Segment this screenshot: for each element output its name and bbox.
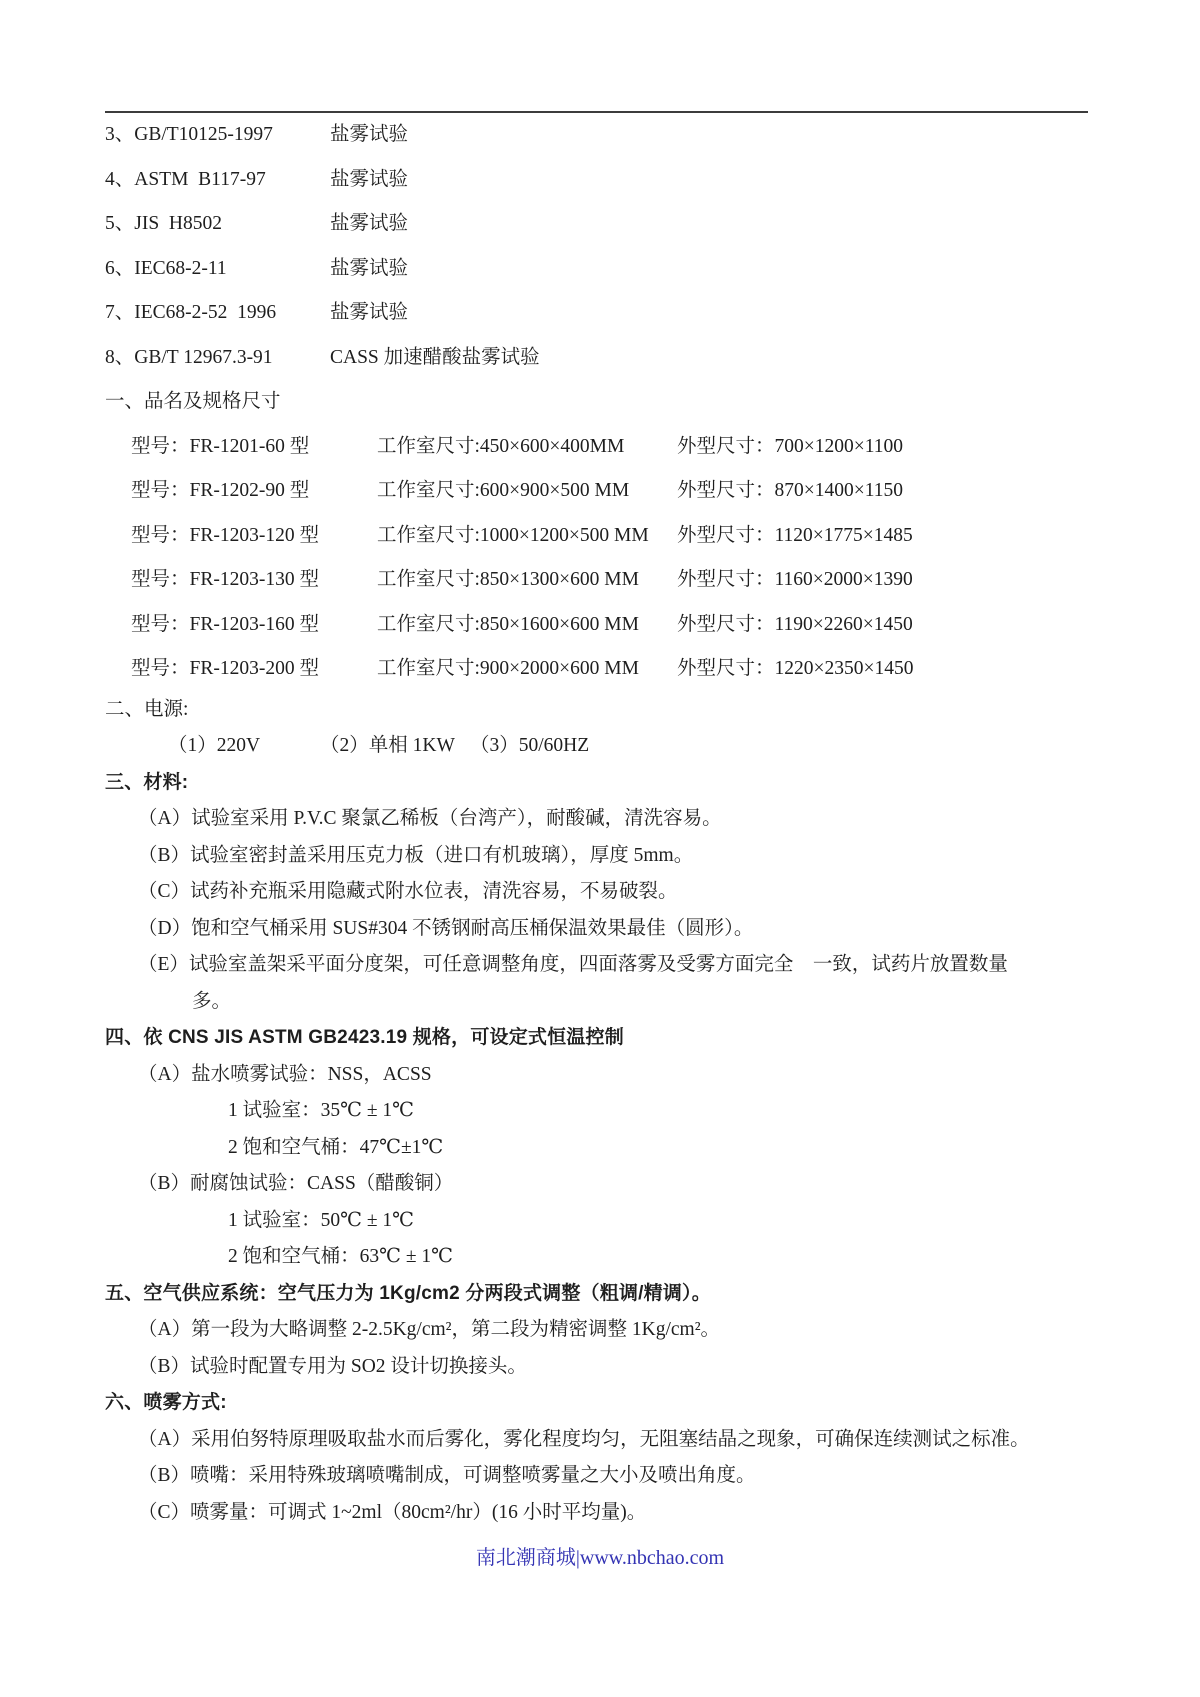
model-number: 型号：FR-1203-160 型 [131,603,377,648]
cass-test-item: （B）耐腐蚀试验：CASS（醋酸铜） [105,1166,1088,1203]
standard-row: 5、JIS H8502盐雾试验 [105,202,1088,247]
model-spec-row: 型号：FR-1202-90 型工作室尺寸:600×900×500 MM外型尺寸：… [105,469,1088,514]
document-content: 3、GB/T10125-1997盐雾试验 4、ASTM B117-97盐雾试验 … [105,111,1088,1531]
model-number: 型号：FR-1202-90 型 [131,469,377,514]
chamber-size: 工作室尺寸:850×1600×600 MM [377,603,677,648]
power-voltage: （1）220V [168,728,320,765]
model-number: 型号：FR-1201-60 型 [131,425,377,470]
outer-size: 外型尺寸：870×1400×1150 [677,469,903,514]
section1-heading: 一、品名及规格尺寸 [105,380,1088,425]
power-phase: （2）单相 1KW [320,728,470,765]
chamber-size: 工作室尺寸:900×2000×600 MM [377,647,677,692]
model-spec-row: 型号：FR-1201-60 型工作室尺寸:450×600×400MM外型尺寸：7… [105,425,1088,470]
material-item-b: （B）试验室密封盖采用压克力板（进口有机玻璃），厚度 5mm。 [105,838,1088,875]
footer-store-link[interactable]: 南北潮商城|www.nbchao.com [476,1547,724,1569]
material-item-d: （D）饱和空气桶采用 SUS#304 不锈钢耐高压桶保温效果最佳（圆形）。 [105,911,1088,948]
air-stage-item: （A）第一段为大略调整 2-2.5Kg/cm²，第二段为精密调整 1Kg/cm²… [105,1312,1088,1349]
standard-code: 4、ASTM B117-97 [105,158,330,203]
material-item-c: （C）试药补充瓶采用隐藏式附水位表，清洗容易，不易破裂。 [105,874,1088,911]
standard-name: 盐雾试验 [330,291,408,336]
nss-chamber-temp: 1 试验室：35℃ ± 1℃ [105,1093,1088,1130]
material-item-e-continuation: 多。 [105,984,1088,1021]
chamber-size: 工作室尺寸:600×900×500 MM [377,469,677,514]
standard-code: 8、GB/T 12967.3-91 [105,336,330,381]
model-number: 型号：FR-1203-130 型 [131,558,377,603]
chamber-size: 工作室尺寸:450×600×400MM [377,425,677,470]
outer-size: 外型尺寸：1220×2350×1450 [677,647,914,692]
spray-principle-item: （A）采用伯努特原理吸取盐水而后雾化，雾化程度均匀，无阻塞结晶之现象，可确保连续… [105,1422,1088,1459]
outer-size: 外型尺寸：1160×2000×1390 [677,558,913,603]
model-spec-row: 型号：FR-1203-130 型工作室尺寸:850×1300×600 MM外型尺… [105,558,1088,603]
standard-code: 5、JIS H8502 [105,202,330,247]
nss-air-bucket-temp: 2 饱和空气桶：47℃±1℃ [105,1130,1088,1167]
standard-name: CASS 加速醋酸盐雾试验 [330,336,540,381]
footer: 南北潮商城|www.nbchao.com [0,1545,1200,1571]
chamber-size: 工作室尺寸:1000×1200×500 MM [377,514,677,559]
outer-size: 外型尺寸：1120×1775×1485 [677,514,913,559]
model-number: 型号：FR-1203-200 型 [131,647,377,692]
standard-row: 3、GB/T10125-1997盐雾试验 [105,113,1088,158]
section5-heading: 五、空气供应系统：空气压力为 1Kg/cm2 分两段式调整（粗调/精调）。 [105,1276,1088,1313]
outer-size: 外型尺寸：1190×2260×1450 [677,603,913,648]
chamber-size: 工作室尺寸:850×1300×600 MM [377,558,677,603]
cass-chamber-temp: 1 试验室：50℃ ± 1℃ [105,1203,1088,1240]
cass-air-bucket-temp: 2 饱和空气桶：63℃ ± 1℃ [105,1239,1088,1276]
power-spec-line: （1）220V（2）单相 1KW（3）50/60HZ [105,728,1088,765]
model-spec-row: 型号：FR-1203-200 型工作室尺寸:900×2000×600 MM外型尺… [105,647,1088,692]
section2-heading: 二、电源: [105,692,1088,729]
standard-row: 6、IEC68-2-11盐雾试验 [105,247,1088,292]
material-item-a: （A）试验室采用 P.V.C 聚氯乙稀板（台湾产），耐酸碱，清洗容易。 [105,801,1088,838]
standard-code: 6、IEC68-2-11 [105,247,330,292]
standard-name: 盐雾试验 [330,247,408,292]
standard-row: 4、ASTM B117-97盐雾试验 [105,158,1088,203]
standard-code: 7、IEC68-2-52 1996 [105,291,330,336]
document-page: 3、GB/T10125-1997盐雾试验 4、ASTM B117-97盐雾试验 … [0,0,1200,1697]
power-frequency: （3）50/60HZ [470,728,589,765]
spray-volume-item: （C）喷雾量：可调式 1~2ml（80cm²/hr）(16 小时平均量)。 [105,1495,1088,1532]
standard-name: 盐雾试验 [330,113,408,158]
outer-size: 外型尺寸：700×1200×1100 [677,425,903,470]
section6-heading: 六、喷雾方式: [105,1385,1088,1422]
so2-adapter-item: （B）试验时配置专用为 SO2 设计切换接头。 [105,1349,1088,1386]
nozzle-item: （B）喷嘴：采用特殊玻璃喷嘴制成，可调整喷雾量之大小及喷出角度。 [105,1458,1088,1495]
model-spec-row: 型号：FR-1203-160 型工作室尺寸:850×1600×600 MM外型尺… [105,603,1088,648]
model-number: 型号：FR-1203-120 型 [131,514,377,559]
section3-heading: 三、材料: [105,765,1088,802]
salt-spray-test-item: （A）盐水喷雾试验：NSS，ACSS [105,1057,1088,1094]
standard-row: 8、GB/T 12967.3-91CASS 加速醋酸盐雾试验 [105,336,1088,381]
material-item-e: （E）试验室盖架采平面分度架，可任意调整角度，四面落雾及受雾方面完全 一致，试药… [105,947,1088,984]
standard-name: 盐雾试验 [330,202,408,247]
standard-row: 7、IEC68-2-52 1996盐雾试验 [105,291,1088,336]
standard-code: 3、GB/T10125-1997 [105,113,330,158]
section4-heading: 四、依 CNS JIS ASTM GB2423.19 规格，可设定式恒温控制 [105,1020,1088,1057]
standard-name: 盐雾试验 [330,158,408,203]
model-spec-row: 型号：FR-1203-120 型工作室尺寸:1000×1200×500 MM外型… [105,514,1088,559]
